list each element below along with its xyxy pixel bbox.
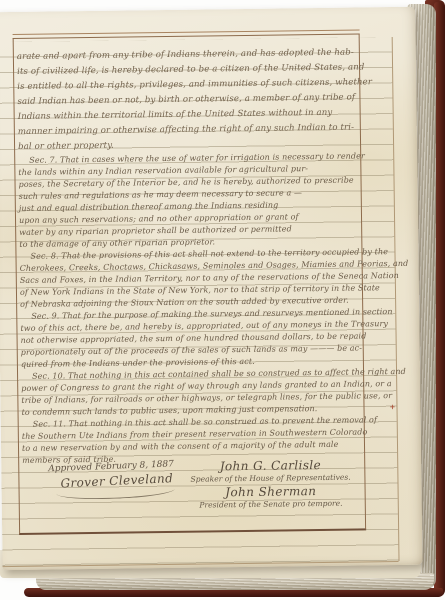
section-6-continuation: arate and apart from any tribe of Indian…	[17, 46, 356, 155]
officers-signature-column: John G. CarlisleSpeaker of the House of …	[179, 457, 363, 511]
signature-block: Approved February 8, 1887Grover Clevelan…	[22, 457, 363, 513]
section-7: Sec. 7. That in cases where the use of w…	[18, 151, 357, 251]
photograph-background: arate and apart from any tribe of Indian…	[0, 0, 445, 600]
manuscript-page: arate and apart from any tribe of Indian…	[0, 7, 423, 570]
signature-caption: President of the Senate pro tempore.	[179, 497, 363, 511]
manuscript-text: arate and apart from any tribe of Indian…	[17, 46, 360, 467]
section-10: Sec. 10. That nothing in this act contai…	[21, 366, 360, 418]
margin-annotation-mark: +	[389, 402, 395, 411]
section-8: Sec. 8. That the provisions of this act …	[19, 247, 358, 311]
approval-signature-column: Approved February 8, 1887Grover Clevelan…	[22, 460, 179, 514]
section-9: Sec. 9. That for the purpose of making t…	[20, 307, 359, 371]
